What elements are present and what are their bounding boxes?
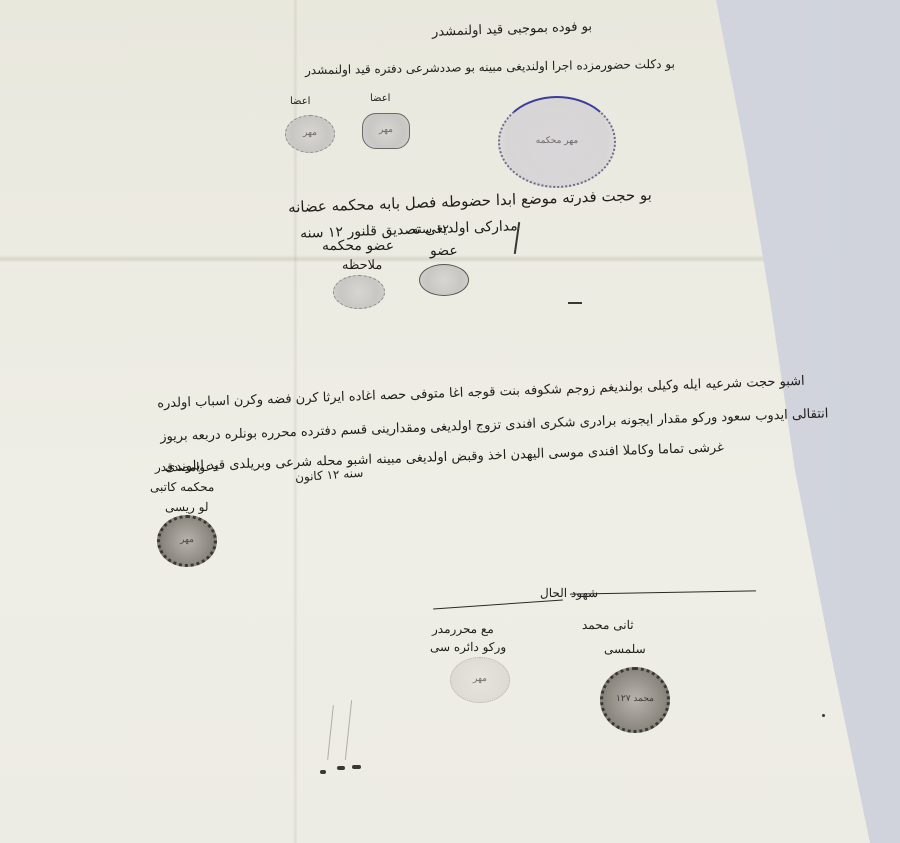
ink-mark (568, 302, 582, 304)
seal-stamp-faint: مهر (450, 657, 510, 703)
seal-stamp-left-witness: مهر (157, 515, 217, 567)
seal-stamp-octagonal: مهر (362, 113, 410, 149)
seal-stamp-middle-right (419, 264, 469, 296)
witness-left-1: مع محررمدر (432, 622, 494, 636)
witness-right-1: ثانی محمد (582, 618, 634, 632)
signature-left-1: عضو محکمه (322, 238, 394, 254)
seal-label-left: اعضا (290, 96, 310, 107)
witness-left-2: ورکو دائره سی (430, 640, 506, 654)
ink-smudge (337, 766, 345, 770)
seal-stamp-bottom: محمد ۱۲۷ (600, 667, 670, 733)
left-witness-line-1: دعوامصدقدر (155, 460, 218, 474)
ink-dot (822, 714, 825, 717)
signature-left-2: ملاحظه (342, 258, 382, 273)
ink-smudge (320, 770, 326, 774)
seal-stamp-left: مهر (285, 115, 335, 153)
witness-right-2: سلمسی (604, 642, 646, 656)
signature-right-date: ۱۲ سنه (412, 222, 449, 236)
ink-smudge (352, 765, 361, 769)
left-witness-line-3: لو ریسی (165, 500, 209, 514)
seal-stamp-middle-left (333, 275, 385, 309)
seal-label-right: اعضا (370, 93, 390, 104)
left-witness-line-2: محکمه کاتبی (150, 480, 214, 494)
witnesses-title: شهود الحال (540, 586, 598, 600)
signature-right: عضو (430, 243, 458, 259)
seal-stamp-court: مهر محکمه (498, 96, 616, 188)
